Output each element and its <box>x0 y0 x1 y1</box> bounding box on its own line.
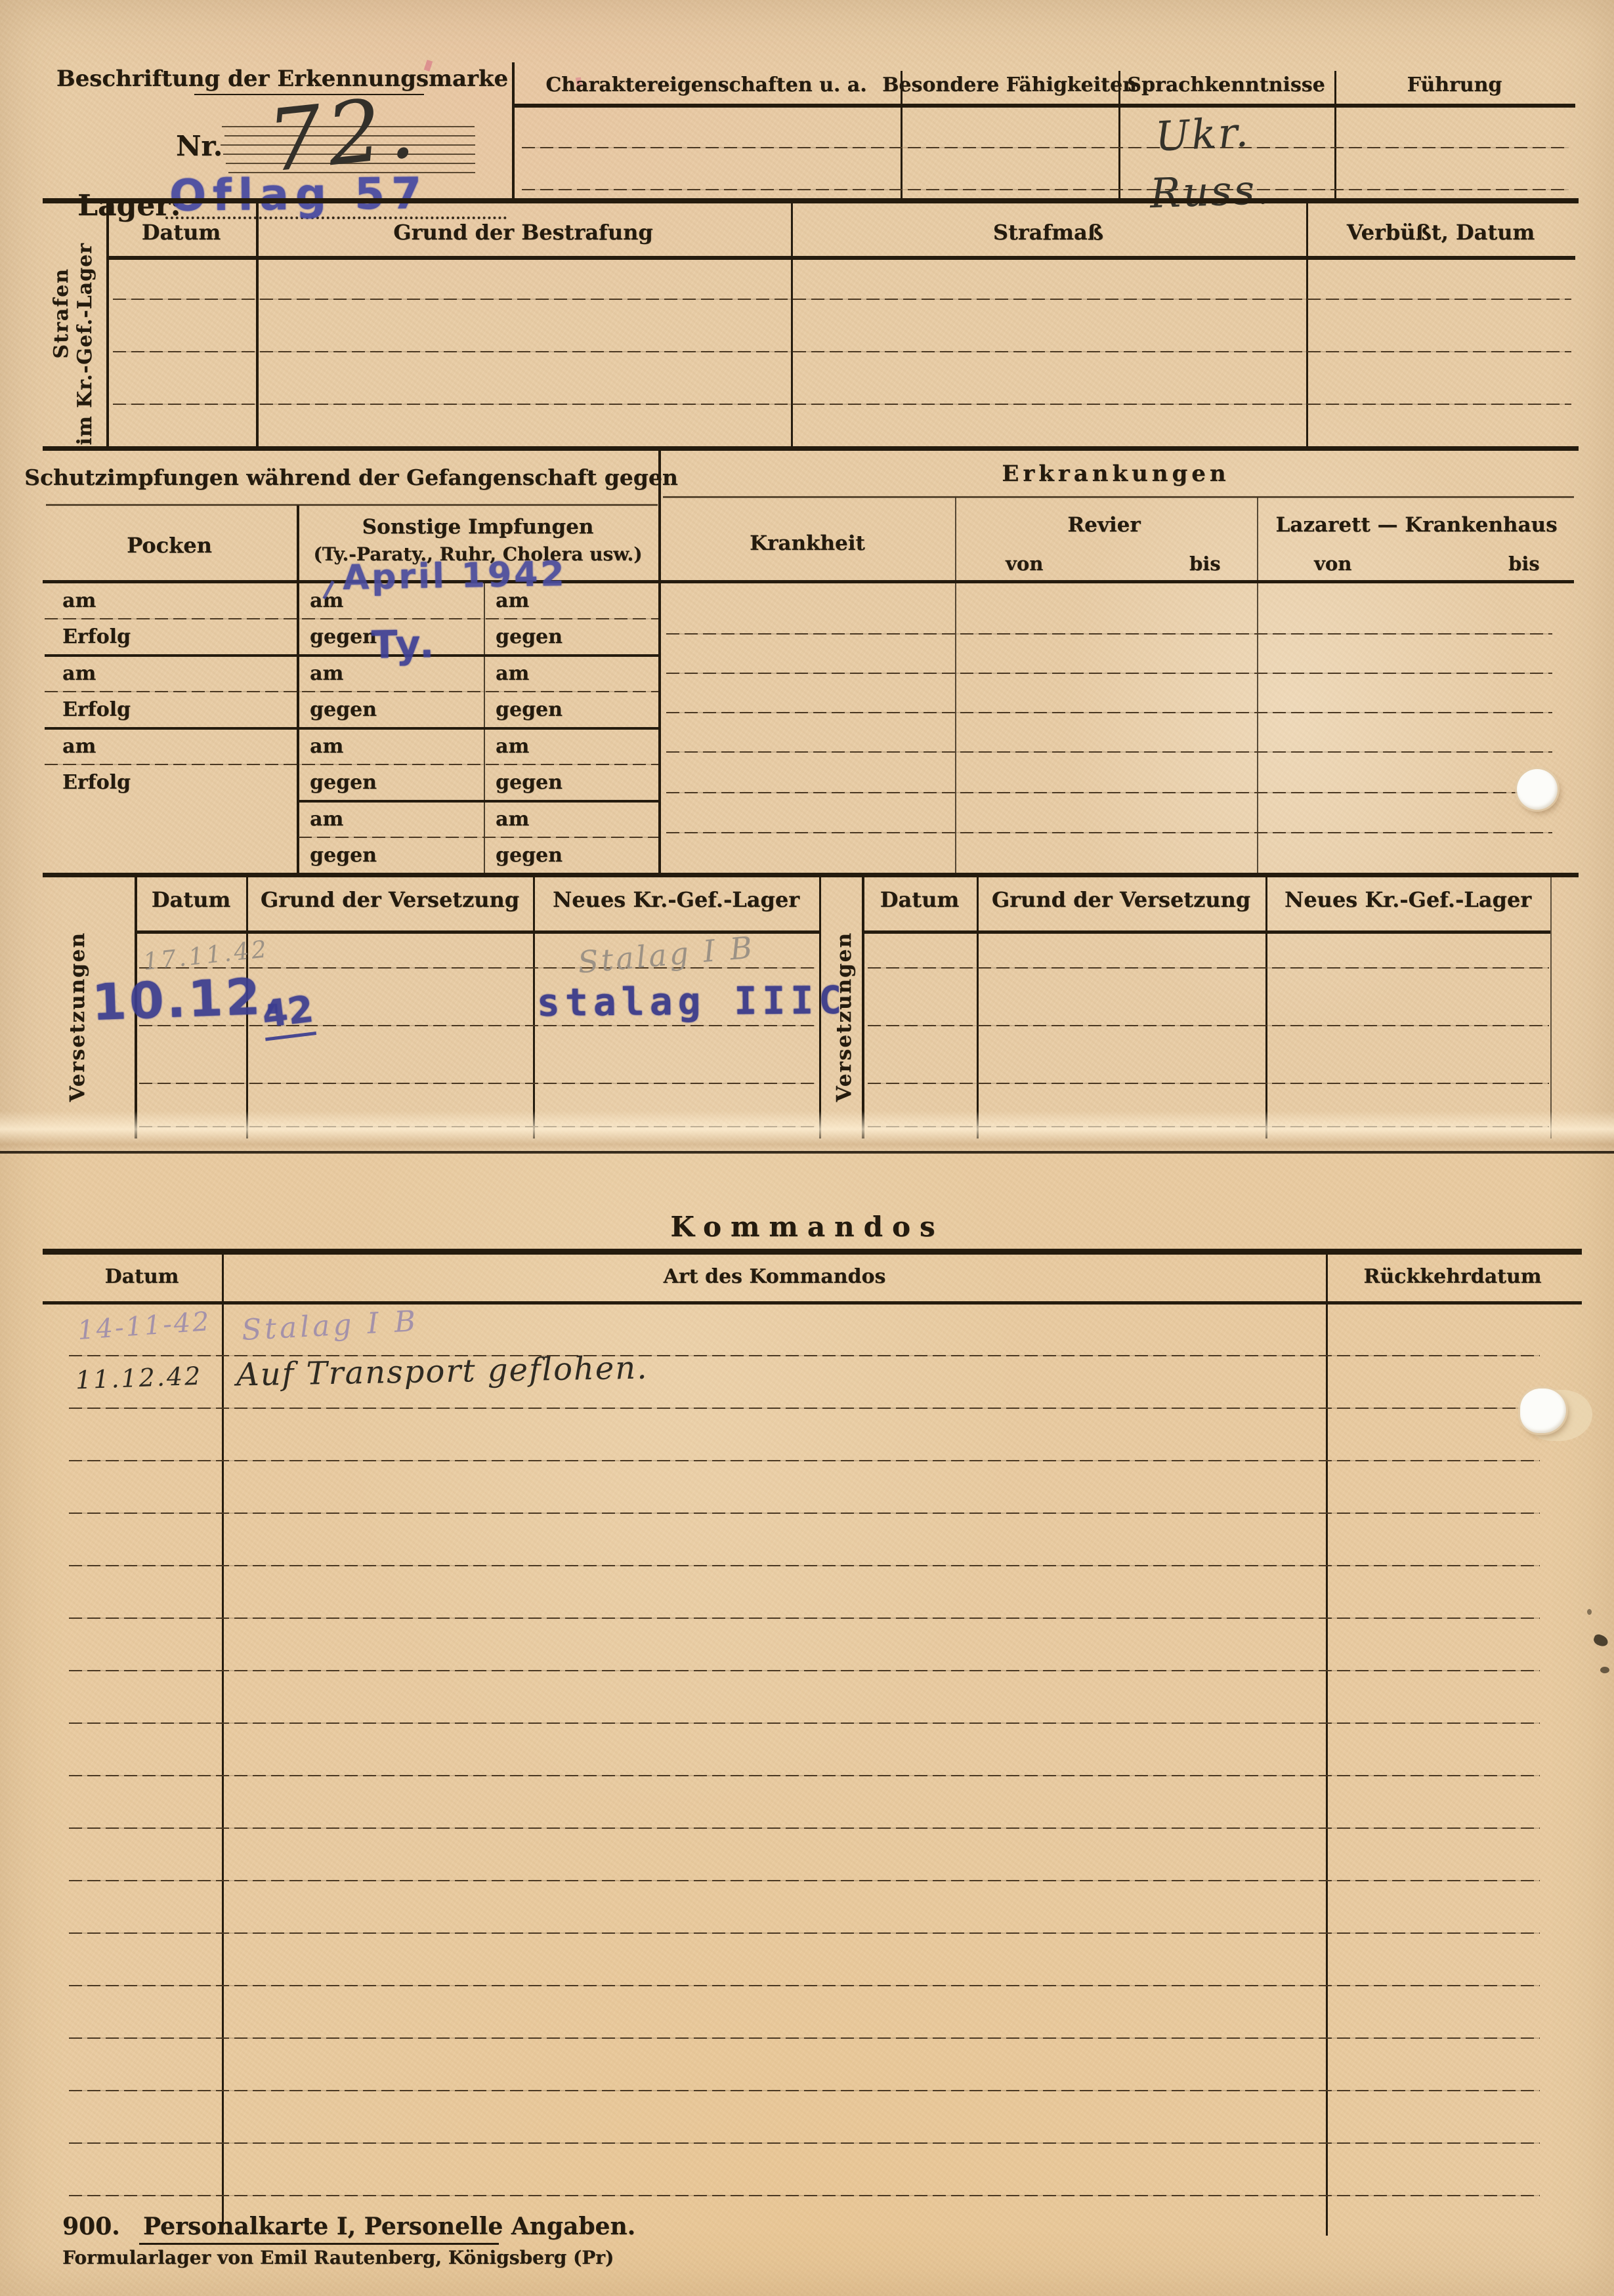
strafen-side-label: Strafen <box>50 268 73 359</box>
row-line <box>69 1460 1540 1461</box>
kommandos-col-header: Art des Kommandos <box>664 1265 886 1288</box>
impf-row-label: am <box>496 808 529 831</box>
rule-line <box>108 256 1575 260</box>
erkennungsmarke-title: Beschriftung der Erkennungsmarke <box>56 66 508 92</box>
impf-row-label: gegen <box>496 771 563 794</box>
row-line <box>666 712 1552 713</box>
impf-row-label: gegen <box>310 771 377 794</box>
language-entry: Ukr. <box>1154 108 1251 160</box>
divider-line <box>955 497 956 873</box>
row-line <box>45 691 658 692</box>
form-number: 900. <box>62 2213 120 2240</box>
ink-speck <box>1592 1633 1609 1648</box>
versetzungen-col-header: Datum <box>152 887 230 912</box>
impf-row-label: am <box>62 662 96 685</box>
revier-von-label: von <box>1006 553 1043 575</box>
punch-hole <box>1517 769 1558 810</box>
versetzungen-col-header: Neues Kr.-Gef.-Lager <box>1285 887 1531 912</box>
vaccination-date-stamp: April 1942 <box>343 554 568 598</box>
impf-row-label: gegen <box>496 625 563 648</box>
divider-line <box>1265 877 1267 1138</box>
row-line <box>69 1618 1540 1619</box>
versetzungen-col-header: Datum <box>880 887 959 912</box>
ink-speck <box>1600 1667 1609 1673</box>
row-line <box>69 1670 1540 1671</box>
rule-line <box>660 580 1574 583</box>
erkrankungen-header: Erkrankungen <box>1002 461 1229 487</box>
impf-row-label: gegen <box>310 698 377 721</box>
row-line <box>666 832 1552 833</box>
row-line <box>868 967 1549 969</box>
row-line <box>868 1025 1549 1026</box>
kommandos-col-header: Rückkehrdatum <box>1363 1265 1541 1288</box>
form-title: Personalkarte I, Personelle Angaben. <box>143 2213 635 2240</box>
impf-row-label: gegen <box>310 844 377 867</box>
impf-row-label: gegen <box>310 625 377 648</box>
divider-line <box>1257 497 1258 873</box>
impf-row-label: Erfolg <box>62 698 131 721</box>
kommando-row-entry: Stalag I B <box>241 1305 420 1347</box>
divider-line <box>1550 877 1552 1138</box>
row-line <box>522 189 1569 190</box>
section-border <box>43 873 1579 877</box>
rule-line <box>663 496 1574 498</box>
impf-row-label: am <box>496 735 529 758</box>
row-line <box>666 633 1552 635</box>
strafen-col-header: Grund der Bestrafung <box>393 220 652 245</box>
lazarett-bis-label: bis <box>1508 553 1540 575</box>
row-line <box>45 764 658 765</box>
versetzungen-side-label: Versetzungen <box>66 932 89 1102</box>
transfer-year-stamp: 42 <box>260 988 316 1041</box>
kommando-row-date: 11.12.42 <box>75 1362 203 1395</box>
krankheit-col-header: Krankheit <box>750 532 865 555</box>
table-border <box>43 1249 1582 1255</box>
versetzungen-col-header: Grund der Versetzung <box>992 887 1250 912</box>
impf-row-label: Erfolg <box>62 625 131 648</box>
divider-line <box>1326 1255 1328 2236</box>
divider-line <box>512 62 515 202</box>
divider-line <box>533 877 535 1138</box>
row-line <box>45 654 658 657</box>
row-line <box>299 800 658 803</box>
divider-line <box>1306 203 1308 449</box>
impf-row-label: am <box>310 662 343 685</box>
row-line <box>666 792 1552 793</box>
row-line <box>69 1408 1540 1409</box>
row-line <box>139 1083 815 1084</box>
row-line <box>45 618 658 619</box>
versetzungen-col-header: Grund der Versetzung <box>261 887 519 912</box>
divider-line <box>658 451 661 873</box>
transfer-lager-pencil: Stalag I B <box>576 929 756 980</box>
rule-line <box>513 104 1575 108</box>
lazarett-von-label: von <box>1314 553 1351 575</box>
footer-underline <box>139 2243 499 2245</box>
lazarett-col-header: Lazarett — Krankenhaus <box>1275 513 1557 537</box>
row-line <box>69 2037 1540 2039</box>
row-line <box>69 2142 1540 2144</box>
impfungen-header: Schutzimpfungen während der Gefangenscha… <box>24 465 678 490</box>
row-line <box>69 1513 1540 1514</box>
row-line <box>666 673 1552 674</box>
printer-imprint: Formularlager von Emil Rautenberg, König… <box>62 2247 614 2268</box>
strafen-col-header: Datum <box>142 220 221 245</box>
language-entry: Russ. <box>1149 165 1272 217</box>
divider-line <box>791 203 793 449</box>
traits-col-header: Besondere Fähigkeiten <box>882 73 1137 96</box>
row-line <box>113 351 1571 352</box>
row-line <box>299 837 658 838</box>
row-line <box>69 1985 1540 1986</box>
impf-row-label: am <box>496 662 529 685</box>
fold-separator-line <box>0 1151 1614 1154</box>
impf-row-label: am <box>310 735 343 758</box>
row-line <box>69 1565 1540 1566</box>
transfer-date-stamp: 10.12. <box>91 967 286 1032</box>
divider-line <box>1334 71 1336 202</box>
strafen-side-label: im Kr.-Gef.-Lager <box>74 243 96 445</box>
row-line <box>522 147 1569 148</box>
impf-row-label: am <box>310 808 343 831</box>
vaccination-type-stamp: Ty. <box>371 621 436 667</box>
traits-col-header: Charaktereigenschaften u. a. <box>545 73 866 96</box>
divider-line <box>862 877 864 1138</box>
versetzungen-side-label: Versetzungen <box>832 932 856 1102</box>
row-line <box>69 1827 1540 1829</box>
row-line <box>69 1775 1540 1776</box>
ink-speck <box>1587 1609 1592 1615</box>
divider-line <box>297 505 299 873</box>
kommando-row-date: 14-11-42 <box>77 1306 212 1346</box>
row-line <box>69 1722 1540 1724</box>
row-line <box>113 299 1571 300</box>
strafen-col-header: Strafmaß <box>993 220 1103 245</box>
lager-stamp: Oflag 57 <box>169 168 429 220</box>
row-line <box>69 2195 1540 2196</box>
divider-line <box>977 877 979 1138</box>
impf-row-label: am <box>62 589 96 612</box>
row-line <box>868 1083 1549 1084</box>
impf-row-label: Erfolg <box>62 771 131 794</box>
nr-label: Nr. <box>176 130 223 162</box>
rule-line <box>43 1301 1582 1305</box>
section-border <box>43 198 1579 203</box>
fold-crease <box>0 1111 1614 1152</box>
row-line <box>69 1880 1540 1881</box>
sonstige-col-header: Sonstige Impfungen <box>362 515 594 539</box>
divider-line <box>222 1255 224 2226</box>
traits-col-header: Sprachkenntnisse <box>1127 73 1325 96</box>
rule-line <box>863 930 1550 934</box>
row-line <box>666 751 1552 753</box>
row-line <box>69 1932 1540 1934</box>
divider-line <box>106 203 109 449</box>
section-border <box>43 446 1579 451</box>
strafen-col-header: Verbüßt, Datum <box>1347 220 1535 245</box>
row-line <box>113 404 1571 405</box>
row-line <box>69 2090 1540 2091</box>
personalkarte-card: Beschriftung der Erkennungsmarke Nr. 72.… <box>0 0 1614 2296</box>
transfer-lager-stamp: stalag IIIC <box>537 978 847 1025</box>
kommandos-col-header: Datum <box>105 1265 179 1288</box>
impf-row-label: gegen <box>496 844 563 867</box>
revier-bis-label: bis <box>1189 553 1221 575</box>
kommando-row-entry: Auf Transport geflohen. <box>236 1350 648 1394</box>
kommandos-title: Kommandos <box>670 1211 944 1243</box>
pocken-col-header: Pocken <box>127 533 212 558</box>
rule-line <box>46 504 658 506</box>
revier-col-header: Revier <box>1067 513 1140 537</box>
versetzungen-col-header: Neues Kr.-Gef.-Lager <box>553 887 799 912</box>
impf-row-label: gegen <box>496 698 563 721</box>
traits-col-header: Führung <box>1407 73 1502 96</box>
row-line <box>45 727 658 730</box>
divider-line <box>256 203 259 449</box>
impf-row-label: am <box>62 735 96 758</box>
